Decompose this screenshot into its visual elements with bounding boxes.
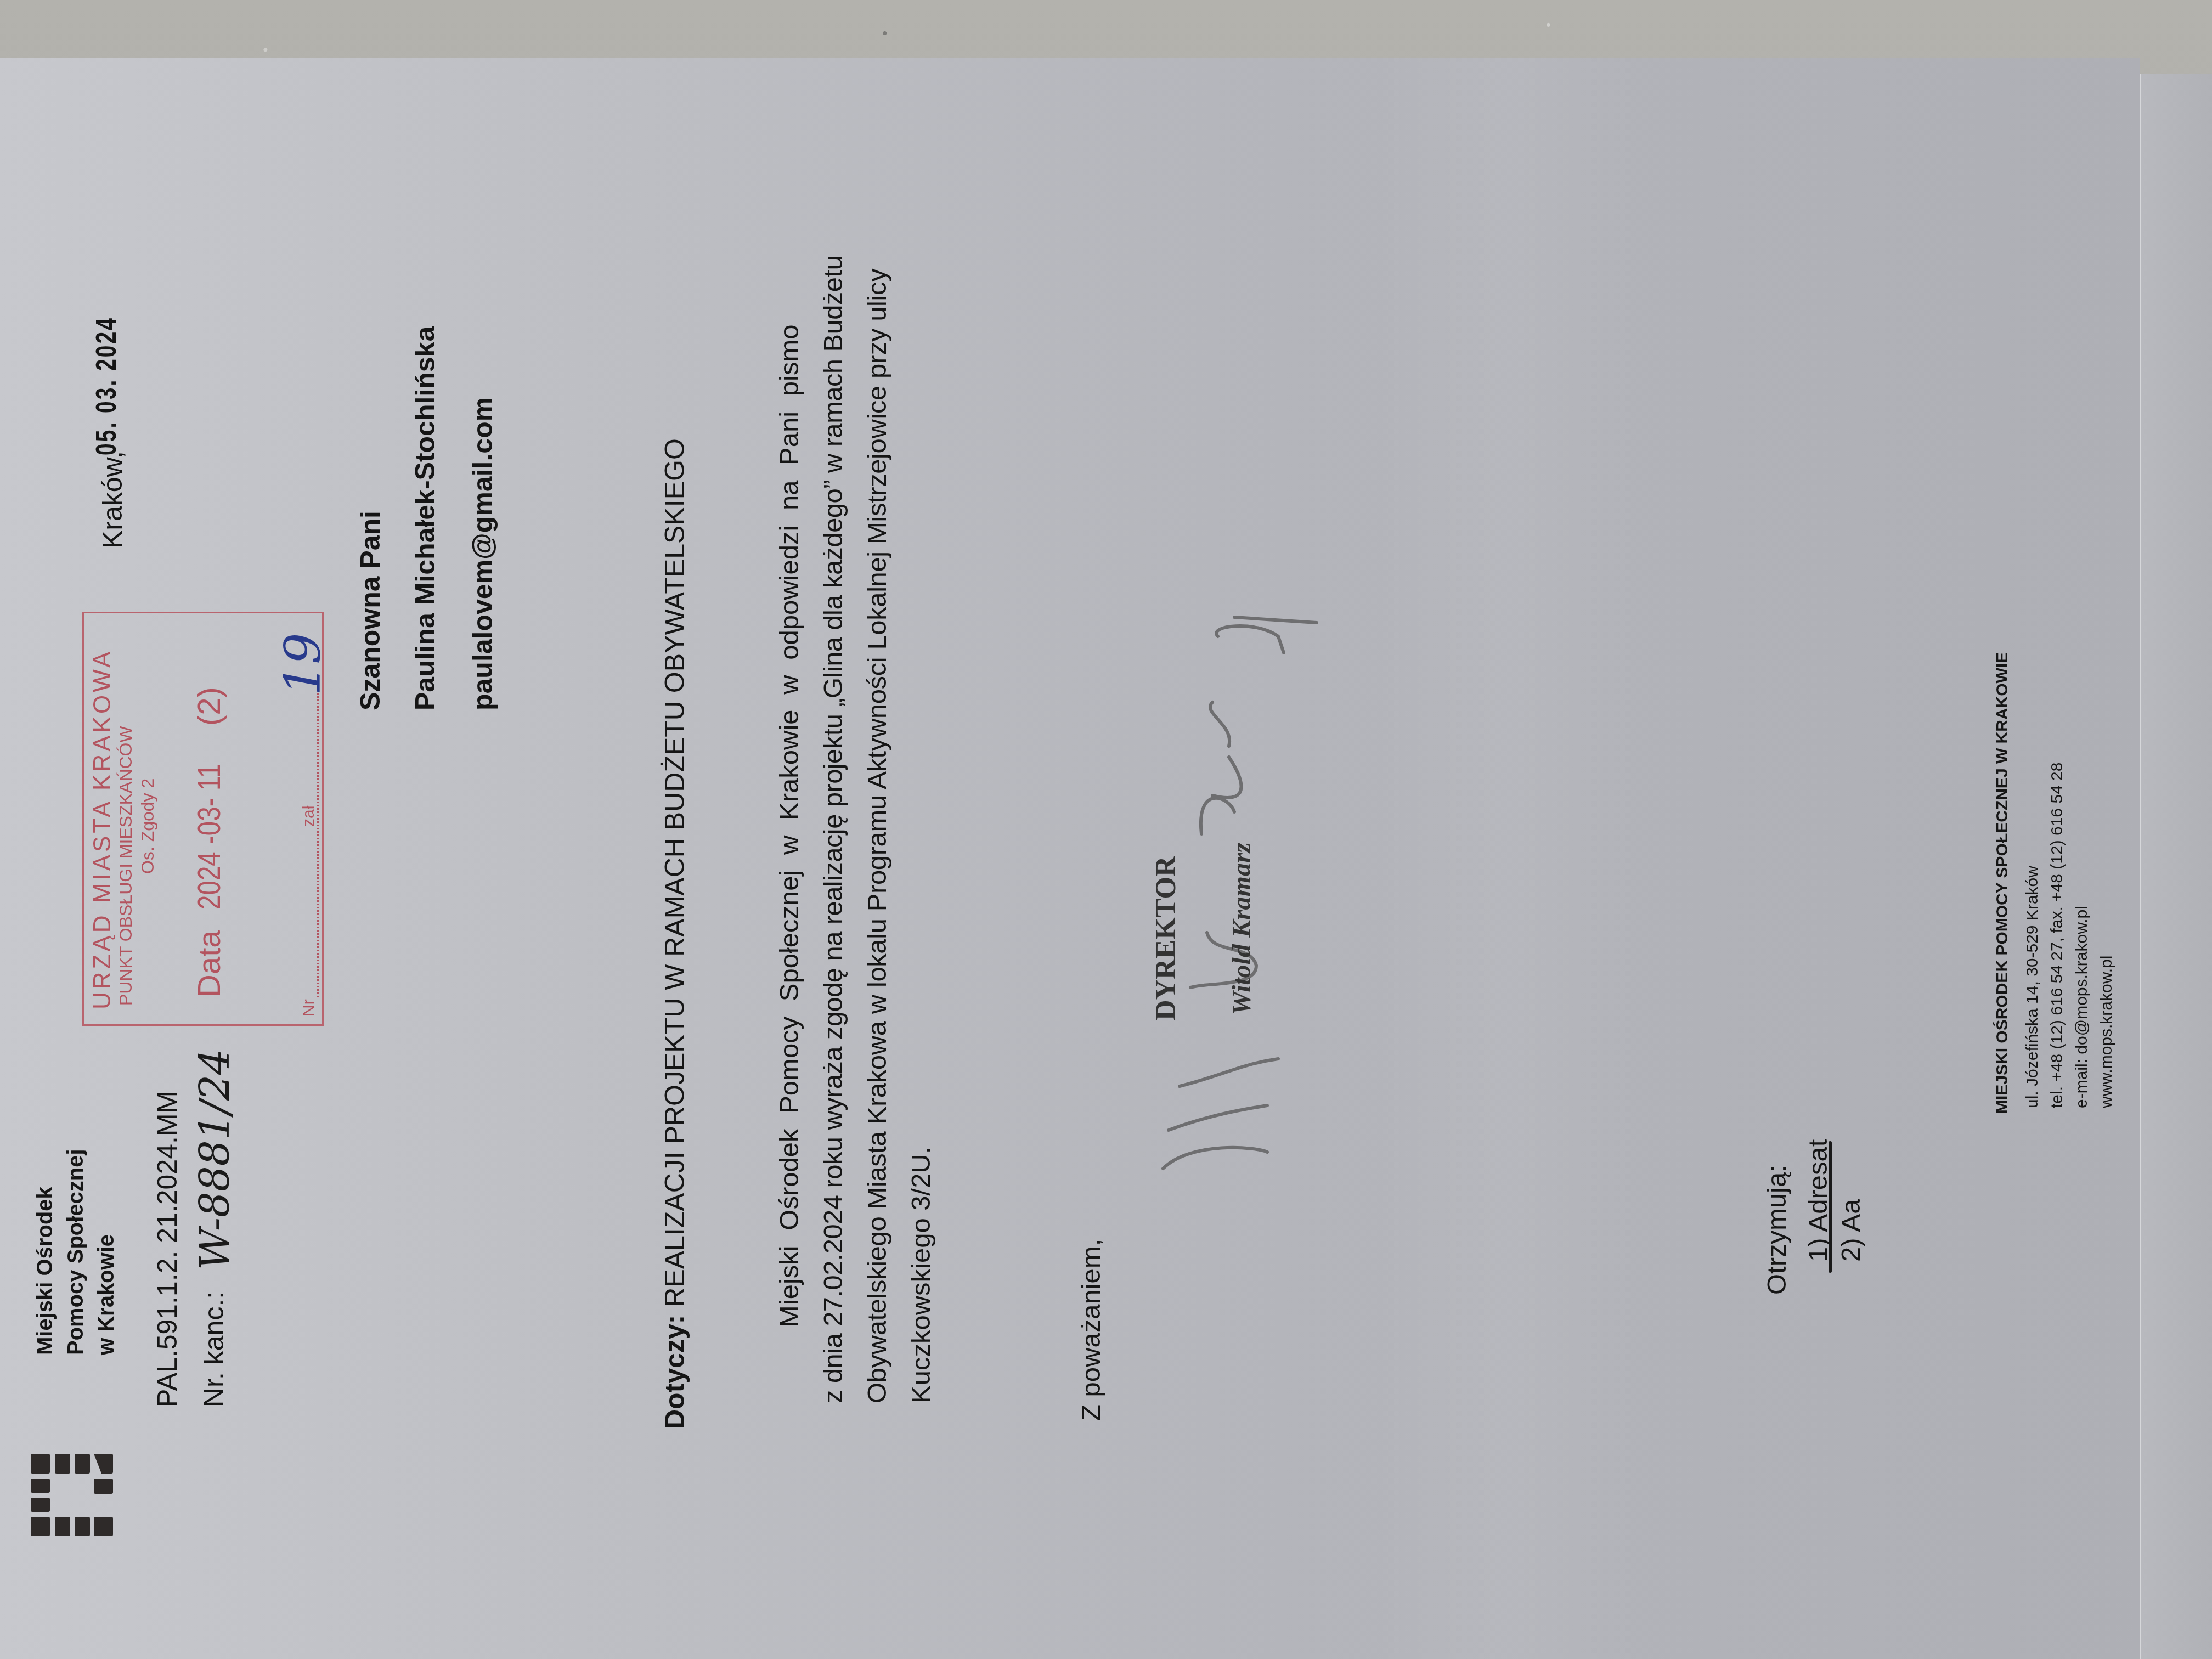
recipient-email: paulalovem@gmail.com — [469, 397, 496, 710]
stamp-nr-dotted-line — [317, 676, 319, 997]
nr-kanc-label: Nr. kanc.: — [200, 1291, 228, 1407]
stamp-date-label: Data — [194, 930, 225, 997]
stamp-line-3: Os. Zgody 2 — [139, 778, 156, 874]
stamp-date-value: 2024 -03- 11 — [194, 764, 225, 910]
subject-text: REALIZACJI PROJEKTU W RAMACH BUDŻETU OBY… — [659, 438, 690, 1307]
recipient-item-1: 1) Adresat — [1805, 1139, 1832, 1262]
stamp-handwritten-number: 19 — [279, 633, 328, 696]
footer-phone: tel. +48 (12) 616 54 27, fax. +48 (12) 6… — [2049, 763, 2066, 1108]
body-line-2: z dnia 27.02.2024 roku wyraża zgodę na r… — [820, 256, 847, 1403]
subject-label: Dotyczy: — [659, 1315, 690, 1429]
signature-title: DYREKTOR — [1152, 856, 1181, 1020]
letter-date: 05. 03. 2024 — [92, 317, 121, 455]
stamp-counter: (2) — [194, 687, 225, 726]
footer-address: ul. Józefińska 14, 30-529 Kraków — [2024, 866, 2041, 1108]
second-sheet-edge — [2140, 74, 2212, 1659]
body-line-1: Miejski Ośrodek Pomocy Społecznej w Krak… — [776, 324, 803, 1328]
closing-text: Z poważaniem, — [1078, 1239, 1105, 1421]
recipients-label: Otrzymują: — [1764, 1165, 1791, 1295]
stamp-nr-label: Nr — [301, 999, 317, 1017]
stamp-line-2: PUNKT OBSŁUGI MIESZKAŃCÓW — [117, 726, 134, 1006]
recipient-item-2: 2) Aa — [1838, 1199, 1865, 1262]
handwritten-divider-line — [1829, 1141, 1832, 1273]
recipient-name: Paulina Michałek-Stochlińska — [411, 326, 439, 710]
paper-crease — [1372, 58, 1646, 1659]
body-line-4: Kuczkowskiego 3/2U. — [908, 1147, 935, 1403]
footer-email: e-mail: do@mops.krakow.pl — [2074, 906, 2090, 1108]
org-name-line-3: w Krakowie — [95, 1234, 117, 1355]
stamp-zal-label: zał — [301, 803, 317, 830]
salutation: Szanowna Pani — [357, 511, 384, 710]
footer-website: www.mops.krakow.pl — [2098, 956, 2115, 1108]
footer-org: MIEJSKI OŚRODEK POMOCY SPOŁECZNEJ W KRAK… — [1994, 652, 2011, 1114]
reference-number: PAL.591.1.2. 21.2024.MM — [154, 1091, 181, 1407]
nr-kanc-handwritten: W-8881/24 — [195, 1049, 235, 1270]
place: Kraków, — [99, 451, 126, 549]
stamp-line-1: URZĄD MIASTA KRAKOWA — [91, 649, 115, 1009]
mops-krakow-logo-icon — [31, 1454, 113, 1536]
body-line-3: Obywatelskiego Miasta Krakowa w lokalu P… — [864, 269, 891, 1403]
registry-stamp: URZĄD MIASTA KRAKOWA PUNKT OBSŁUGI MIESZ… — [82, 612, 324, 1026]
org-name-line-1: Miejski Ośrodek — [34, 1187, 56, 1355]
org-name-line-2: Pomocy Społecznej — [65, 1149, 87, 1355]
signature-name: Witold Kramarz — [1229, 843, 1255, 1015]
subject-line: Dotyczy: REALIZACJI PROJEKTU W RAMACH BU… — [661, 438, 689, 1429]
